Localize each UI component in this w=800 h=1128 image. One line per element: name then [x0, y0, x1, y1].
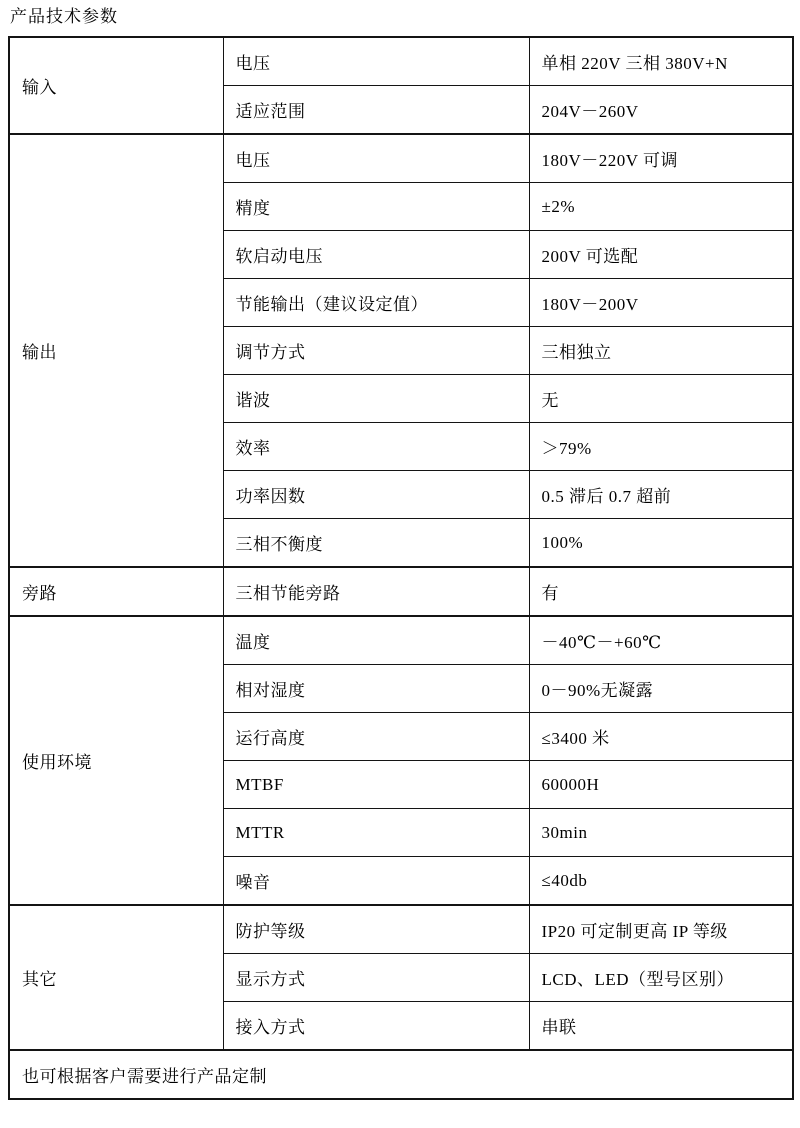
value-cell: 180V－200V: [529, 279, 793, 327]
value-cell: 200V 可选配: [529, 231, 793, 279]
param-cell: MTTR: [223, 809, 529, 857]
value-cell: 180V－220V 可调: [529, 134, 793, 183]
value-cell: ≤3400 米: [529, 713, 793, 761]
footer-row: 也可根据客户需要进行产品定制: [9, 1050, 793, 1099]
spec-sheet-page: 产品技术参数 输入电压单相 220V 三相 380V+N适应范围204V－260…: [0, 0, 800, 1128]
param-cell: 防护等级: [223, 905, 529, 954]
group-cell: 使用环境: [9, 616, 223, 905]
table-row: 旁路三相节能旁路有: [9, 567, 793, 616]
param-cell: 相对湿度: [223, 665, 529, 713]
table-row: 使用环境温度－40℃－+60℃: [9, 616, 793, 665]
value-cell: ≤40db: [529, 857, 793, 906]
param-cell: 谐波: [223, 375, 529, 423]
value-cell: LCD、LED（型号区别）: [529, 954, 793, 1002]
param-cell: MTBF: [223, 761, 529, 809]
param-cell: 运行高度: [223, 713, 529, 761]
param-cell: 接入方式: [223, 1002, 529, 1051]
value-cell: 串联: [529, 1002, 793, 1051]
param-cell: 调节方式: [223, 327, 529, 375]
value-cell: 无: [529, 375, 793, 423]
param-cell: 电压: [223, 134, 529, 183]
value-cell: －40℃－+60℃: [529, 616, 793, 665]
param-cell: 精度: [223, 183, 529, 231]
param-cell: 功率因数: [223, 471, 529, 519]
param-cell: 适应范围: [223, 86, 529, 135]
footer-note: 也可根据客户需要进行产品定制: [9, 1050, 793, 1099]
param-cell: 三相不衡度: [223, 519, 529, 568]
value-cell: ±2%: [529, 183, 793, 231]
value-cell: 有: [529, 567, 793, 616]
param-cell: 显示方式: [223, 954, 529, 1002]
param-cell: 噪音: [223, 857, 529, 906]
value-cell: 三相独立: [529, 327, 793, 375]
value-cell: IP20 可定制更高 IP 等级: [529, 905, 793, 954]
group-cell: 其它: [9, 905, 223, 1050]
group-cell: 旁路: [9, 567, 223, 616]
param-cell: 效率: [223, 423, 529, 471]
value-cell: 204V－260V: [529, 86, 793, 135]
table-row: 其它防护等级IP20 可定制更高 IP 等级: [9, 905, 793, 954]
value-cell: ＞79%: [529, 423, 793, 471]
value-cell: 单相 220V 三相 380V+N: [529, 37, 793, 86]
value-cell: 0－90%无凝露: [529, 665, 793, 713]
param-cell: 软启动电压: [223, 231, 529, 279]
param-cell: 节能输出（建议设定值）: [223, 279, 529, 327]
page-title: 产品技术参数: [10, 7, 800, 27]
group-cell: 输出: [9, 134, 223, 567]
value-cell: 100%: [529, 519, 793, 568]
spec-table-body: 输入电压单相 220V 三相 380V+N适应范围204V－260V输出电压18…: [9, 37, 793, 1099]
group-cell: 输入: [9, 37, 223, 134]
param-cell: 电压: [223, 37, 529, 86]
value-cell: 60000H: [529, 761, 793, 809]
table-row: 输出电压180V－220V 可调: [9, 134, 793, 183]
param-cell: 温度: [223, 616, 529, 665]
value-cell: 0.5 滞后 0.7 超前: [529, 471, 793, 519]
spec-table: 输入电压单相 220V 三相 380V+N适应范围204V－260V输出电压18…: [8, 36, 794, 1100]
table-row: 输入电压单相 220V 三相 380V+N: [9, 37, 793, 86]
value-cell: 30min: [529, 809, 793, 857]
param-cell: 三相节能旁路: [223, 567, 529, 616]
